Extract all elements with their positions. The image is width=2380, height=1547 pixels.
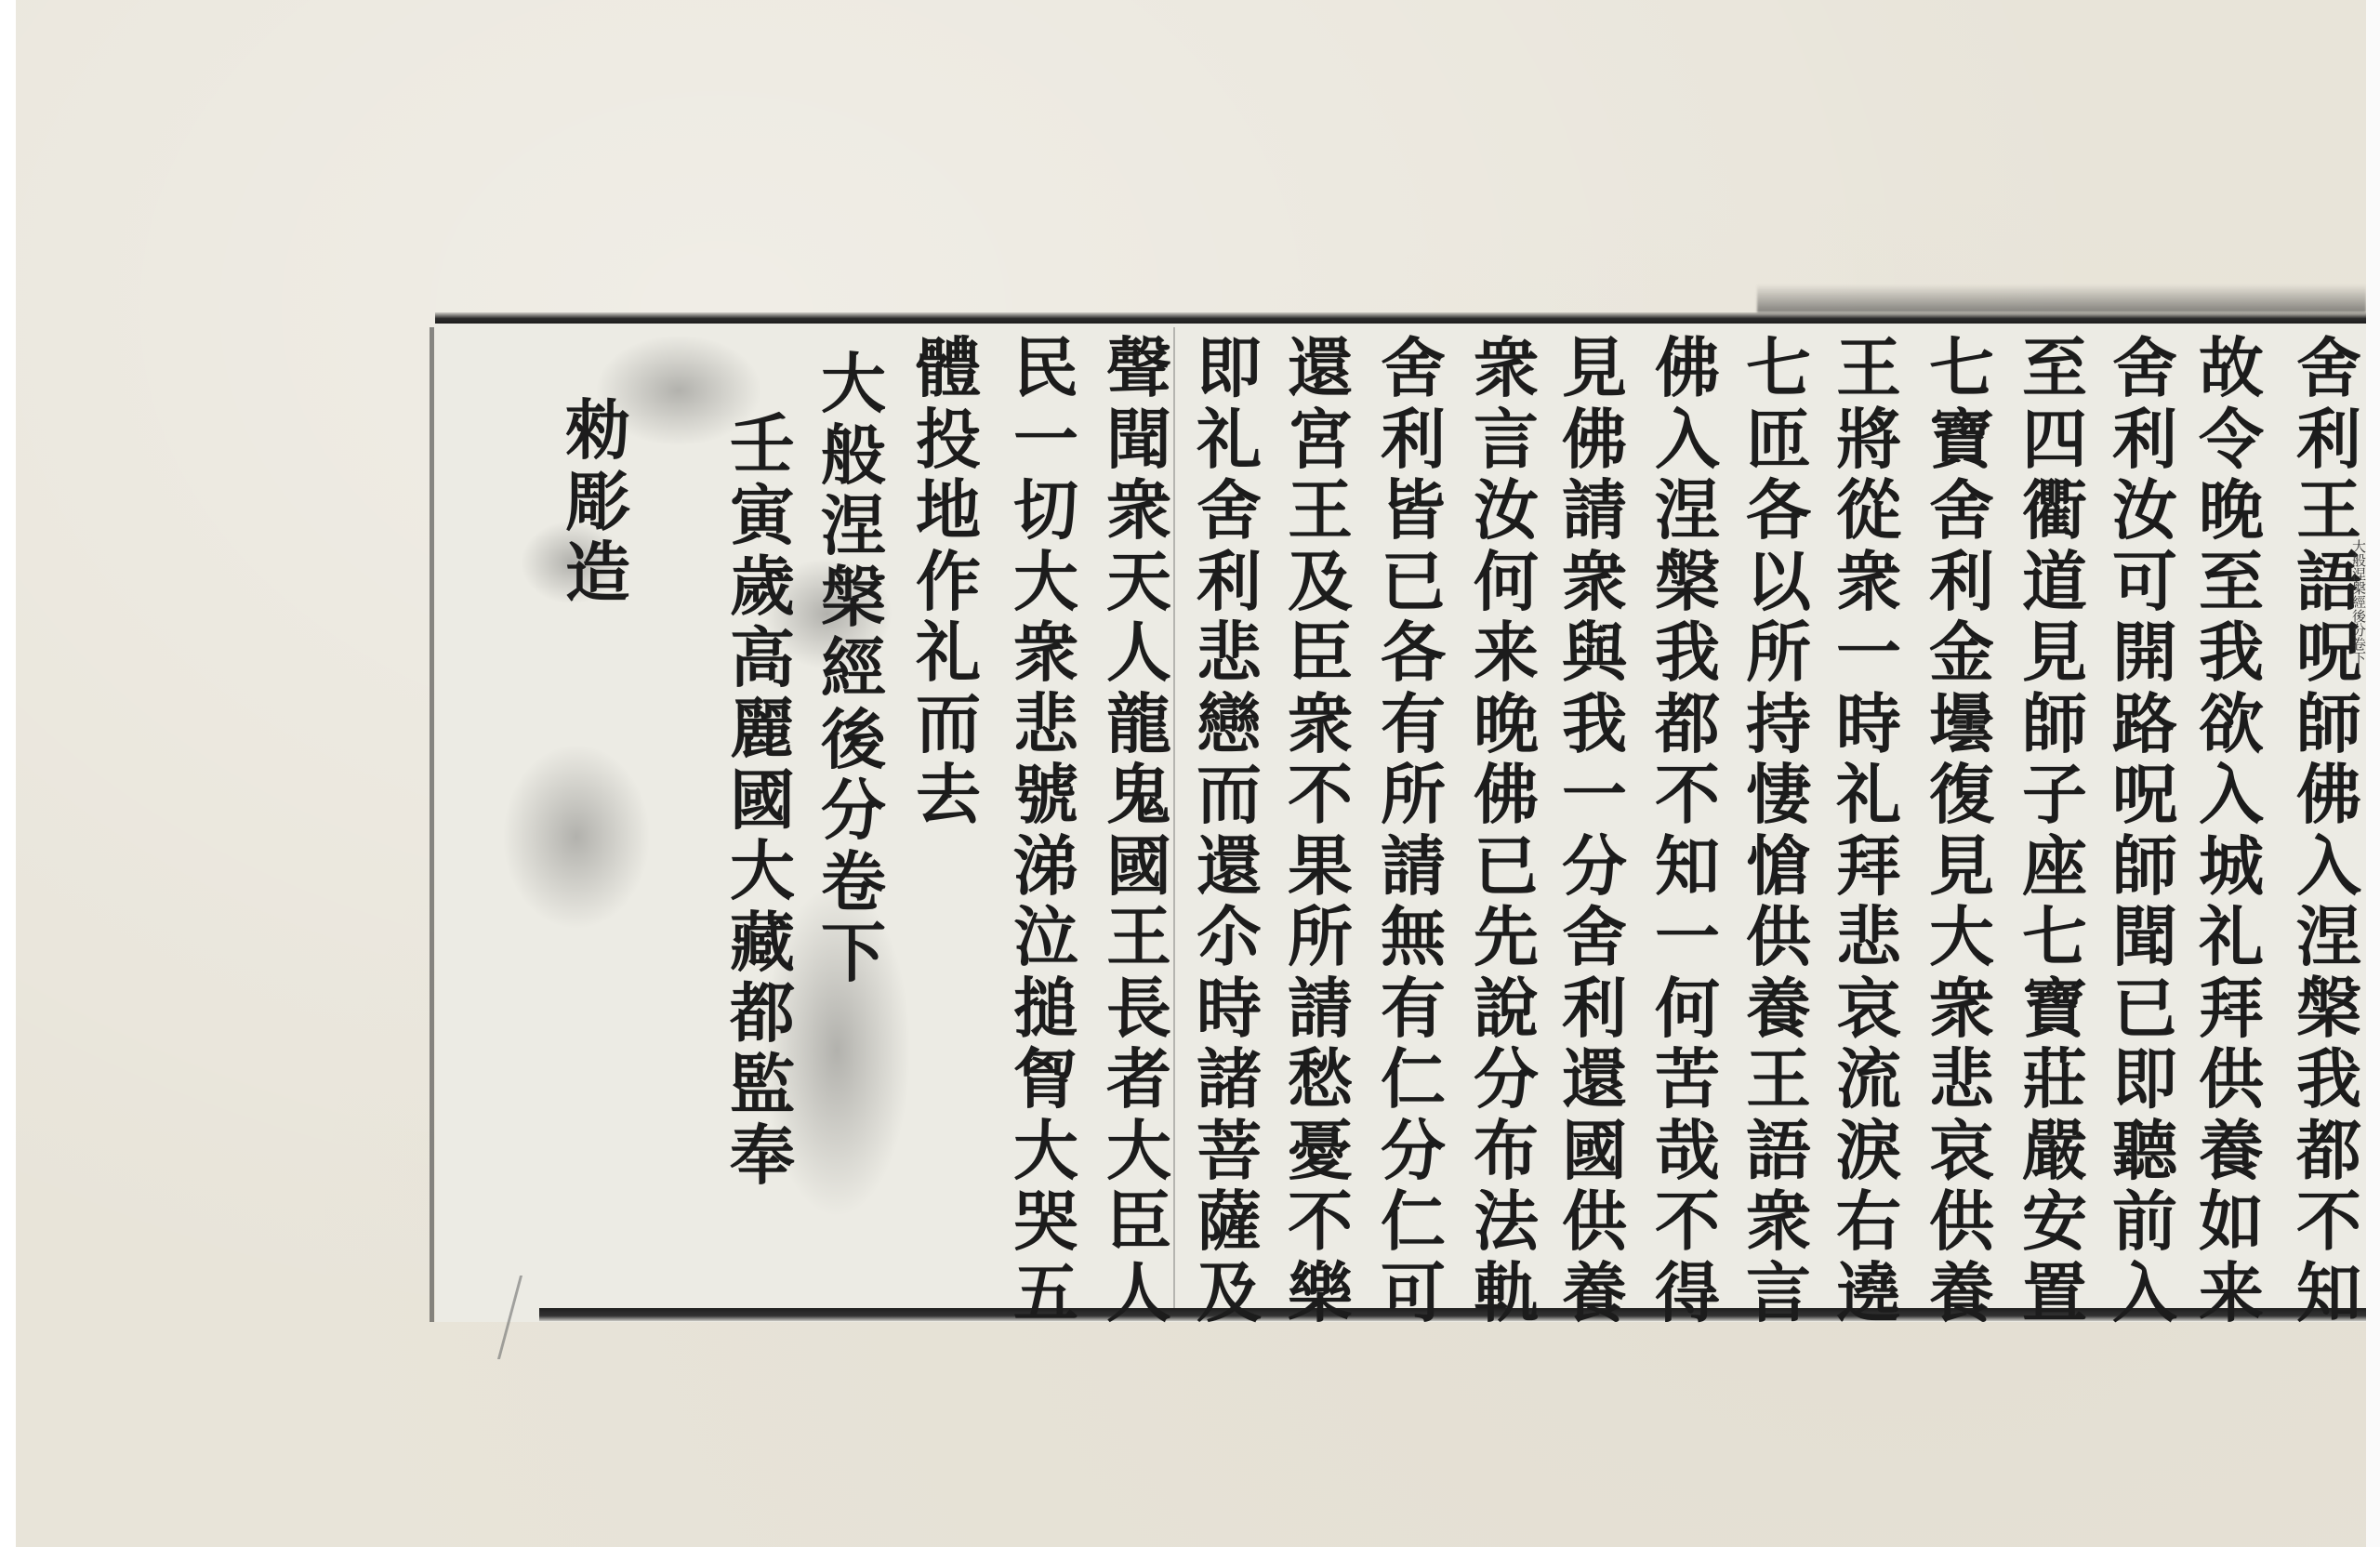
glyph: 還 bbox=[1288, 333, 1353, 404]
glyph: 養 bbox=[1929, 1258, 1994, 1329]
glyph: 哉 bbox=[1655, 1116, 1720, 1187]
glyph: 城 bbox=[2199, 831, 2264, 903]
frame-left-border bbox=[430, 327, 434, 1322]
glyph: 涕 bbox=[1013, 831, 1078, 903]
glyph: 天 bbox=[1106, 547, 1171, 618]
glyph: 礼 bbox=[916, 617, 981, 689]
glyph: 聲 bbox=[1106, 333, 1171, 404]
glyph: 言 bbox=[1474, 404, 1539, 476]
glyph: 来 bbox=[1474, 617, 1539, 689]
text-column-16: 體投地作礼而去 bbox=[906, 333, 990, 831]
glyph: 悲 bbox=[1013, 689, 1078, 760]
glyph: 淚 bbox=[1836, 1116, 1901, 1187]
glyph: 我 bbox=[2296, 1044, 2361, 1116]
glyph: 寶 bbox=[1929, 404, 1994, 476]
glyph: 寶 bbox=[2022, 973, 2087, 1045]
glyph: 利 bbox=[2296, 404, 2361, 476]
glyph: 憂 bbox=[1288, 1116, 1353, 1187]
glyph: 臣 bbox=[1288, 617, 1353, 689]
glyph: 諸 bbox=[1197, 1044, 1262, 1116]
ink-smudge bbox=[502, 744, 651, 930]
glyph: 故 bbox=[2199, 333, 2264, 404]
glyph: 一 bbox=[1836, 617, 1901, 689]
glyph: 聞 bbox=[2112, 902, 2177, 973]
glyph: 如 bbox=[2199, 1186, 2264, 1258]
glyph: 王 bbox=[1288, 475, 1353, 547]
glyph: 菩 bbox=[1197, 1116, 1262, 1187]
frame-ink-smudge bbox=[1757, 284, 2366, 312]
glyph: 臣 bbox=[1106, 1186, 1171, 1258]
glyph: 軌 bbox=[1474, 1258, 1539, 1329]
glyph: 歲 bbox=[730, 551, 795, 623]
glyph: 將 bbox=[1836, 404, 1901, 476]
glyph: 已 bbox=[1381, 547, 1446, 618]
glyph: 壜 bbox=[1929, 689, 1994, 760]
glyph: 民 bbox=[1013, 333, 1078, 404]
glyph: 知 bbox=[2296, 1258, 2361, 1329]
glyph: 舍 bbox=[1197, 475, 1262, 547]
glyph: 王 bbox=[1746, 1044, 1811, 1116]
glyph: 經 bbox=[821, 633, 886, 705]
glyph: 各 bbox=[1746, 475, 1811, 547]
glyph: 說 bbox=[1474, 973, 1539, 1045]
glyph: 聽 bbox=[2112, 1116, 2177, 1187]
glyph: 入 bbox=[1655, 404, 1720, 476]
glyph: 仁 bbox=[1381, 1186, 1446, 1258]
glyph: 與 bbox=[1562, 617, 1627, 689]
glyph: 宮 bbox=[1288, 404, 1353, 476]
glyph: 我 bbox=[1655, 617, 1720, 689]
glyph: 匝 bbox=[1746, 404, 1811, 476]
glyph: 遶 bbox=[1836, 1258, 1901, 1329]
glyph: 呪 bbox=[2112, 760, 2177, 831]
glyph: 王 bbox=[1836, 333, 1901, 404]
glyph: 大 bbox=[1929, 902, 1994, 973]
glyph: 衆 bbox=[1474, 333, 1539, 404]
glyph: 而 bbox=[916, 689, 981, 760]
glyph: 涅 bbox=[1655, 475, 1720, 547]
glyph: 供 bbox=[1562, 1186, 1627, 1258]
glyph: 座 bbox=[2022, 831, 2087, 903]
glyph: 槃 bbox=[2296, 973, 2361, 1045]
glyph: 置 bbox=[2022, 1258, 2087, 1329]
glyph: 右 bbox=[1836, 1186, 1901, 1258]
glyph: 王 bbox=[2296, 475, 2361, 547]
glyph: 大 bbox=[1013, 1116, 1078, 1187]
glyph: 以 bbox=[1746, 547, 1811, 618]
glyph: 造 bbox=[565, 537, 630, 609]
marginal-edge-title: 大般涅槃經後分卷下 bbox=[2350, 539, 2367, 930]
glyph: 衆 bbox=[1106, 475, 1171, 547]
glyph: 入 bbox=[2199, 760, 2264, 831]
glyph: 果 bbox=[1288, 831, 1353, 903]
glyph: 人 bbox=[1106, 1258, 1171, 1329]
glyph: 利 bbox=[1197, 547, 1262, 618]
glyph: 莊 bbox=[2022, 1044, 2087, 1116]
glyph: 搥 bbox=[1013, 973, 1078, 1045]
glyph: 還 bbox=[1197, 831, 1262, 903]
glyph: 悲 bbox=[1836, 902, 1901, 973]
glyph: 藏 bbox=[730, 907, 795, 979]
glyph: 衆 bbox=[1746, 1186, 1811, 1258]
glyph: 勑 bbox=[565, 395, 630, 467]
glyph: 師 bbox=[2112, 831, 2177, 903]
glyph: 衆 bbox=[1013, 617, 1078, 689]
glyph: 分 bbox=[1381, 1116, 1446, 1187]
glyph: 下 bbox=[821, 918, 886, 989]
glyph: 不 bbox=[1655, 760, 1720, 831]
glyph: 請 bbox=[1381, 831, 1446, 903]
glyph: 衆 bbox=[1929, 973, 1994, 1045]
frame-top-border bbox=[435, 312, 2366, 324]
glyph: 舍 bbox=[1929, 475, 1994, 547]
text-column-4: 至四衢道見師子座七寶莊嚴安置 bbox=[2013, 333, 2096, 1329]
glyph: 拜 bbox=[2199, 973, 2264, 1045]
glyph: 佛 bbox=[1655, 333, 1720, 404]
glyph: 至 bbox=[2199, 547, 2264, 618]
glyph: 利 bbox=[1929, 547, 1994, 618]
glyph: 及 bbox=[1288, 547, 1353, 618]
text-column-13: 即礼舍利悲戀而還尒時諸菩薩及 bbox=[1187, 333, 1271, 1329]
glyph: 入 bbox=[2112, 1258, 2177, 1329]
glyph: 投 bbox=[916, 404, 981, 476]
glyph: 龍 bbox=[1106, 689, 1171, 760]
glyph: 供 bbox=[1929, 1186, 1994, 1258]
glyph: 利 bbox=[2112, 404, 2177, 476]
glyph: 皆 bbox=[1381, 475, 1446, 547]
glyph: 哀 bbox=[1836, 973, 1901, 1045]
text-column-10: 衆言汝何来晚佛已先說分布法軌 bbox=[1464, 333, 1548, 1329]
glyph: 苦 bbox=[1655, 1044, 1720, 1116]
glyph: 鬼 bbox=[1106, 760, 1171, 831]
text-column-15: 民一切大衆悲號涕泣搥胷大哭五 bbox=[1004, 333, 1088, 1329]
glyph: 利 bbox=[1562, 973, 1627, 1045]
glyph: 養 bbox=[1562, 1258, 1627, 1329]
glyph: 即 bbox=[1197, 333, 1262, 404]
glyph: 薩 bbox=[1197, 1186, 1262, 1258]
glyph: 長 bbox=[1106, 973, 1171, 1045]
glyph: 道 bbox=[2022, 547, 2087, 618]
glyph: 分 bbox=[1562, 831, 1627, 903]
glyph: 聞 bbox=[1106, 404, 1171, 476]
glyph: 七 bbox=[1746, 333, 1811, 404]
glyph: 知 bbox=[1655, 831, 1720, 903]
glyph: 國 bbox=[1106, 831, 1171, 903]
text-column-8: 佛入涅槃我都不知一何苦哉不得 bbox=[1646, 333, 1729, 1329]
glyph: 哀 bbox=[1929, 1116, 1994, 1187]
glyph: 前 bbox=[2112, 1186, 2177, 1258]
glyph: 作 bbox=[916, 547, 981, 618]
glyph: 從 bbox=[1836, 475, 1901, 547]
glyph: 監 bbox=[730, 1050, 795, 1121]
glyph: 切 bbox=[1013, 475, 1078, 547]
glyph: 安 bbox=[2022, 1186, 2087, 1258]
text-column-9: 見佛請衆與我一分舍利還國供養 bbox=[1553, 333, 1636, 1329]
glyph: 樂 bbox=[1288, 1258, 1353, 1329]
glyph: 衆 bbox=[1836, 547, 1901, 618]
glyph: 得 bbox=[1655, 1258, 1720, 1329]
glyph: 時 bbox=[1197, 973, 1262, 1045]
glyph: 仁 bbox=[1381, 1044, 1446, 1116]
image-edge bbox=[2366, 0, 2380, 1547]
glyph: 悲 bbox=[1929, 1044, 1994, 1116]
glyph: 礼 bbox=[1836, 760, 1901, 831]
glyph: 高 bbox=[730, 623, 795, 694]
glyph: 時 bbox=[1836, 689, 1901, 760]
glyph: 供 bbox=[1746, 902, 1811, 973]
glyph: 言 bbox=[1746, 1258, 1811, 1329]
glyph: 還 bbox=[1562, 1044, 1627, 1116]
text-column-14: 聲聞衆天人龍鬼國王長者大臣人 bbox=[1097, 333, 1181, 1329]
glyph: 復 bbox=[1929, 760, 1994, 831]
glyph: 七 bbox=[1929, 333, 1994, 404]
glyph: 金 bbox=[1929, 617, 1994, 689]
glyph: 無 bbox=[1381, 902, 1446, 973]
glyph: 見 bbox=[1929, 831, 1994, 903]
glyph: 子 bbox=[2022, 760, 2087, 831]
glyph: 愴 bbox=[1746, 831, 1811, 903]
glyph: 晚 bbox=[1474, 689, 1539, 760]
glyph: 所 bbox=[1288, 902, 1353, 973]
glyph: 開 bbox=[2112, 617, 2177, 689]
glyph: 胷 bbox=[1013, 1044, 1078, 1116]
glyph: 四 bbox=[2022, 404, 2087, 476]
glyph: 國 bbox=[730, 765, 795, 837]
glyph: 拜 bbox=[1836, 831, 1901, 903]
glyph: 我 bbox=[1562, 689, 1627, 760]
glyph: 哭 bbox=[1013, 1186, 1078, 1258]
glyph: 去 bbox=[916, 760, 981, 831]
glyph: 泣 bbox=[1013, 902, 1078, 973]
glyph: 七 bbox=[2022, 902, 2087, 973]
glyph: 奉 bbox=[730, 1120, 795, 1192]
glyph: 佛 bbox=[1562, 404, 1627, 476]
glyph: 般 bbox=[821, 420, 886, 492]
glyph: 一 bbox=[1562, 760, 1627, 831]
text-column-12: 還宮王及臣衆不果所請愁憂不樂 bbox=[1278, 333, 1362, 1329]
glyph: 語 bbox=[1746, 1116, 1811, 1187]
glyph: 先 bbox=[1474, 902, 1539, 973]
glyph: 五 bbox=[1013, 1258, 1078, 1329]
glyph: 可 bbox=[2112, 547, 2177, 618]
glyph: 一 bbox=[1655, 902, 1720, 973]
glyph: 及 bbox=[1197, 1258, 1262, 1329]
imperial-order-column: 勑彫造 bbox=[556, 395, 640, 609]
glyph: 何 bbox=[1655, 973, 1720, 1045]
glyph: 彫 bbox=[565, 467, 630, 538]
glyph: 愁 bbox=[1288, 1044, 1353, 1116]
glyph: 見 bbox=[2022, 617, 2087, 689]
glyph: 持 bbox=[1746, 689, 1811, 760]
glyph: 人 bbox=[1106, 617, 1171, 689]
glyph: 礼 bbox=[2199, 902, 2264, 973]
glyph: 師 bbox=[2022, 689, 2087, 760]
text-column-2: 故令晚至我欲入城礼拜供養如来 bbox=[2189, 333, 2273, 1329]
glyph: 地 bbox=[916, 475, 981, 547]
glyph: 麗 bbox=[730, 694, 795, 765]
glyph: 不 bbox=[2296, 1186, 2361, 1258]
glyph: 何 bbox=[1474, 547, 1539, 618]
glyph: 卷 bbox=[821, 847, 886, 919]
glyph: 舍 bbox=[2112, 333, 2177, 404]
glyph: 不 bbox=[1288, 1186, 1353, 1258]
glyph: 流 bbox=[1836, 1044, 1901, 1116]
glyph: 我 bbox=[2199, 617, 2264, 689]
glyph: 都 bbox=[730, 978, 795, 1050]
glyph: 大 bbox=[821, 349, 886, 420]
glyph: 分 bbox=[821, 775, 886, 847]
glyph: 供 bbox=[2199, 1044, 2264, 1116]
glyph: 見 bbox=[1562, 333, 1627, 404]
glyph: 大 bbox=[1013, 547, 1078, 618]
glyph: 分 bbox=[1474, 1044, 1539, 1116]
glyph: 衆 bbox=[1288, 689, 1353, 760]
glyph: 後 bbox=[821, 705, 886, 776]
glyph: 舍 bbox=[2296, 333, 2361, 404]
glyph: 國 bbox=[1562, 1116, 1627, 1187]
glyph: 而 bbox=[1197, 760, 1262, 831]
glyph: 都 bbox=[1655, 689, 1720, 760]
glyph: 寅 bbox=[730, 481, 795, 552]
glyph: 號 bbox=[1013, 760, 1078, 831]
glyph: 所 bbox=[1381, 760, 1446, 831]
glyph: 不 bbox=[1655, 1186, 1720, 1258]
glyph: 衢 bbox=[2022, 475, 2087, 547]
glyph: 大 bbox=[1106, 1116, 1171, 1187]
glyph: 槃 bbox=[1655, 547, 1720, 618]
glyph: 養 bbox=[1746, 973, 1811, 1045]
glyph: 各 bbox=[1381, 617, 1446, 689]
text-column-6: 王將從衆一時礼拜悲哀流淚右遶 bbox=[1827, 333, 1911, 1329]
glyph: 汝 bbox=[2112, 475, 2177, 547]
text-column-5: 七寶舍利金壜復見大衆悲哀供養 bbox=[1920, 333, 2003, 1329]
text-column-3: 舍利汝可開路呪師聞已即聽前入 bbox=[2103, 333, 2187, 1329]
text-column-11: 舍利皆已各有所請無有仁分仁可 bbox=[1371, 333, 1455, 1329]
glyph: 者 bbox=[1106, 1044, 1171, 1116]
glyph: 大 bbox=[730, 836, 795, 907]
glyph: 不 bbox=[1288, 760, 1353, 831]
glyph: 請 bbox=[1562, 475, 1627, 547]
glyph: 衆 bbox=[1562, 547, 1627, 618]
glyph: 王 bbox=[1106, 902, 1171, 973]
glyph: 欲 bbox=[2199, 689, 2264, 760]
glyph: 涅 bbox=[821, 491, 886, 562]
colophon-column: 壬寅歲高麗國大藏都監奉 bbox=[721, 409, 804, 1192]
glyph: 尒 bbox=[1197, 902, 1262, 973]
glyph: 令 bbox=[2199, 404, 2264, 476]
glyph: 養 bbox=[2199, 1116, 2264, 1187]
glyph: 戀 bbox=[1197, 689, 1262, 760]
glyph: 壬 bbox=[730, 409, 795, 481]
glyph: 佛 bbox=[1474, 760, 1539, 831]
glyph: 舍 bbox=[1381, 333, 1446, 404]
glyph: 所 bbox=[1746, 617, 1811, 689]
glyph: 即 bbox=[2112, 1044, 2177, 1116]
glyph: 路 bbox=[2112, 689, 2177, 760]
glyph: 来 bbox=[2199, 1258, 2264, 1329]
glyph: 有 bbox=[1381, 973, 1446, 1045]
glyph: 槃 bbox=[821, 562, 886, 634]
glyph: 都 bbox=[2296, 1116, 2361, 1187]
glyph: 請 bbox=[1288, 973, 1353, 1045]
glyph: 有 bbox=[1381, 689, 1446, 760]
glyph: 法 bbox=[1474, 1186, 1539, 1258]
glyph: 汝 bbox=[1474, 475, 1539, 547]
glyph: 一 bbox=[1013, 404, 1078, 476]
glyph: 悽 bbox=[1746, 760, 1811, 831]
glyph: 礼 bbox=[1197, 404, 1262, 476]
glyph: 舍 bbox=[1562, 902, 1627, 973]
glyph: 悲 bbox=[1197, 617, 1262, 689]
glyph: 利 bbox=[1381, 404, 1446, 476]
glyph: 已 bbox=[2112, 973, 2177, 1045]
glyph: 嚴 bbox=[2022, 1116, 2087, 1187]
glyph: 布 bbox=[1474, 1116, 1539, 1187]
glyph: 體 bbox=[916, 333, 981, 404]
sutra-title-column: 大般涅槃經後分卷下 bbox=[812, 349, 895, 989]
glyph: 至 bbox=[2022, 333, 2087, 404]
text-column-7: 七匝各以所持悽愴供養王語衆言 bbox=[1737, 333, 1820, 1329]
glyph: 可 bbox=[1381, 1258, 1446, 1329]
glyph: 晚 bbox=[2199, 475, 2264, 547]
glyph: 已 bbox=[1474, 831, 1539, 903]
